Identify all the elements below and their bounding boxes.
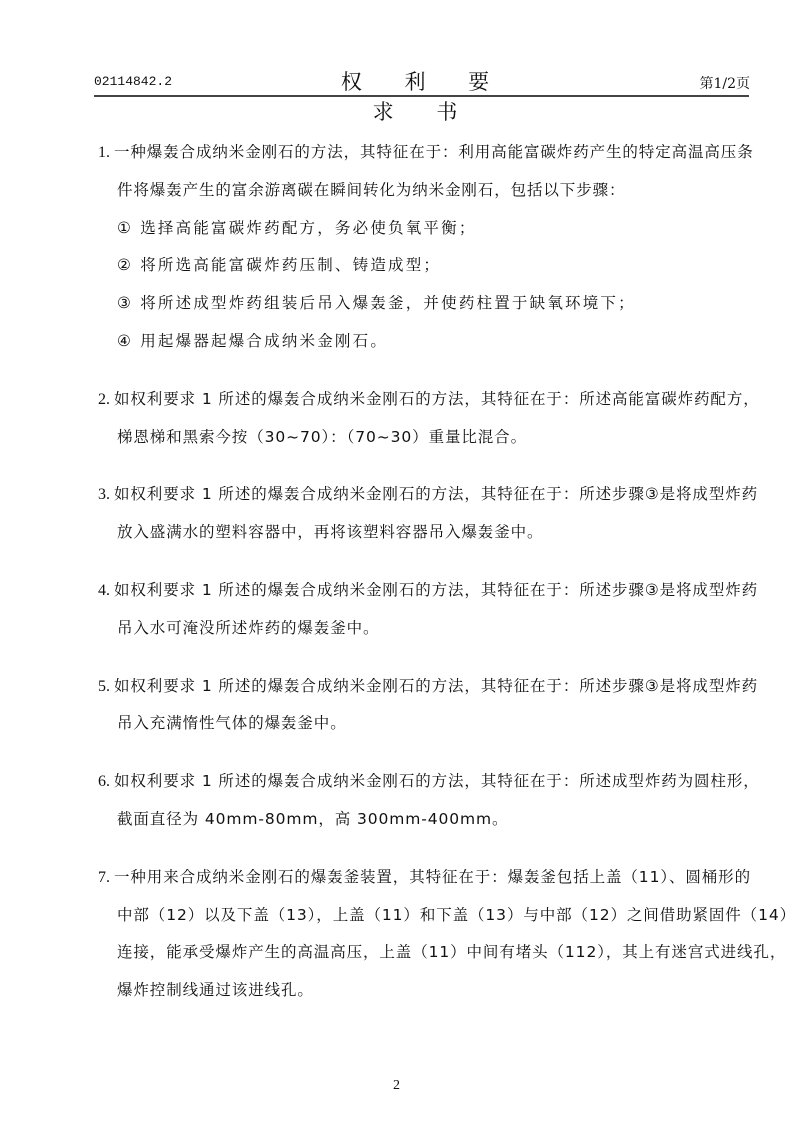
claim-line: 4.如权利要求 1 所述的爆轰合成纳米金刚石的方法，其特征在于：所述步骤③是将成… [98,572,758,610]
claim-line: 连接，能承受爆炸产生的高温高压，上盖（11）中间有堵头（112），其上有迷宫式进… [98,934,758,972]
claim-line: 1.一种爆轰合成纳米金刚石的方法，其特征在于：利用高能富碳炸药产生的特定高温高压… [98,134,758,172]
claim-line: 6.如权利要求 1 所述的爆轰合成纳米金刚石的方法，其特征在于：所述成型炸药为圆… [98,763,758,801]
claim-text: 如权利要求 1 所述的爆轰合成纳米金刚石的方法，其特征在于：所述高能富碳炸药配方… [114,390,760,408]
claim-line: 放入盛满水的塑料容器中，再将该塑料容器吊入爆轰釜中。 [98,514,758,552]
page-indicator: 第1/2页 [699,73,750,93]
claim-text: 如权利要求 1 所述的爆轰合成纳米金刚石的方法，其特征在于：所述步骤③是将成型炸… [114,677,758,695]
claim-text: 如权利要求 1 所述的爆轰合成纳米金刚石的方法，其特征在于：所述步骤③是将成型炸… [114,581,758,599]
claim-line: 2.如权利要求 1 所述的爆轰合成纳米金刚石的方法，其特征在于：所述高能富碳炸药… [98,381,758,419]
claim-number: 6. [98,773,110,790]
claim-line: 5.如权利要求 1 所述的爆轰合成纳米金刚石的方法，其特征在于：所述步骤③是将成… [98,668,758,706]
claim-5: 5.如权利要求 1 所述的爆轰合成纳米金刚石的方法，其特征在于：所述步骤③是将成… [98,668,758,744]
claim-line: 爆炸控制线通过该进线孔。 [98,972,758,1010]
claim-3: 3.如权利要求 1 所述的爆轰合成纳米金刚石的方法，其特征在于：所述步骤③是将成… [98,476,758,552]
patent-claims-page: 02114842.2 权 利 要 求 书 第1/2页 1.一种爆轰合成纳米金刚石… [0,0,800,1139]
claim-6: 6.如权利要求 1 所述的爆轰合成纳米金刚石的方法，其特征在于：所述成型炸药为圆… [98,763,758,839]
page-header: 02114842.2 权 利 要 求 书 第1/2页 [94,66,750,96]
claim-2: 2.如权利要求 1 所述的爆轰合成纳米金刚石的方法，其特征在于：所述高能富碳炸药… [98,381,758,457]
claim-step-4: ④ 用起爆器起爆合成纳米金刚石。 [98,323,758,361]
claim-number: 1. [98,144,110,161]
claim-line: 7.一种用来合成纳米金刚石的爆轰釜装置，其特征在于：爆轰釜包括上盖（11）、圆桶… [98,859,758,897]
claim-text: 一种爆轰合成纳米金刚石的方法，其特征在于：利用高能富碳炸药产生的特定高温高压条 [114,143,754,161]
claim-number: 3. [98,486,110,503]
claim-step-1: ① 选择高能富碳炸药配方，务必使负氧平衡； [98,210,758,248]
application-number: 02114842.2 [94,74,172,89]
claim-number: 5. [98,678,110,695]
claim-line: 3.如权利要求 1 所述的爆轰合成纳米金刚石的方法，其特征在于：所述步骤③是将成… [98,476,758,514]
page-number: 2 [393,1078,400,1094]
claim-1: 1.一种爆轰合成纳米金刚石的方法，其特征在于：利用高能富碳炸药产生的特定高温高压… [98,134,758,361]
claim-number: 2. [98,391,110,408]
claim-line: 吊入水可淹没所述炸药的爆轰釜中。 [98,610,758,648]
claim-text: 如权利要求 1 所述的爆轰合成纳米金刚石的方法，其特征在于：所述步骤③是将成型炸… [114,485,758,503]
claim-step-3: ③ 将所述成型炸药组装后吊入爆轰釜，并使药柱置于缺氧环境下； [98,285,758,323]
claim-number: 7. [98,869,110,886]
claim-line: 截面直径为 40mm-80mm，高 300mm-400mm。 [98,801,758,839]
claim-4: 4.如权利要求 1 所述的爆轰合成纳米金刚石的方法，其特征在于：所述步骤③是将成… [98,572,758,648]
claim-line: 吊入充满惰性气体的爆轰釜中。 [98,705,758,743]
claim-text: 如权利要求 1 所述的爆轰合成纳米金刚石的方法，其特征在于：所述成型炸药为圆柱形… [114,772,760,790]
claim-number: 4. [98,582,110,599]
claim-line: 件将爆轰产生的富余游离碳在瞬间转化为纳米金刚石，包括以下步骤： [98,172,758,210]
claim-text: 一种用来合成纳米金刚石的爆轰釜装置，其特征在于：爆轰釜包括上盖（11）、圆桶形的 [114,868,751,886]
claim-line: 梯恩梯和黑索今按（30~70）：（70~30）重量比混合。 [98,419,758,457]
claims-list: 1.一种爆轰合成纳米金刚石的方法，其特征在于：利用高能富碳炸药产生的特定高温高压… [98,134,758,1010]
claim-7: 7.一种用来合成纳米金刚石的爆轰釜装置，其特征在于：爆轰釜包括上盖（11）、圆桶… [98,859,758,1010]
claim-line: 中部（12）以及下盖（13），上盖（11）和下盖（13）与中部（12）之间借助紧… [98,897,758,935]
header-divider [94,95,749,97]
claim-step-2: ② 将所选高能富碳炸药压制、铸造成型； [98,247,758,285]
